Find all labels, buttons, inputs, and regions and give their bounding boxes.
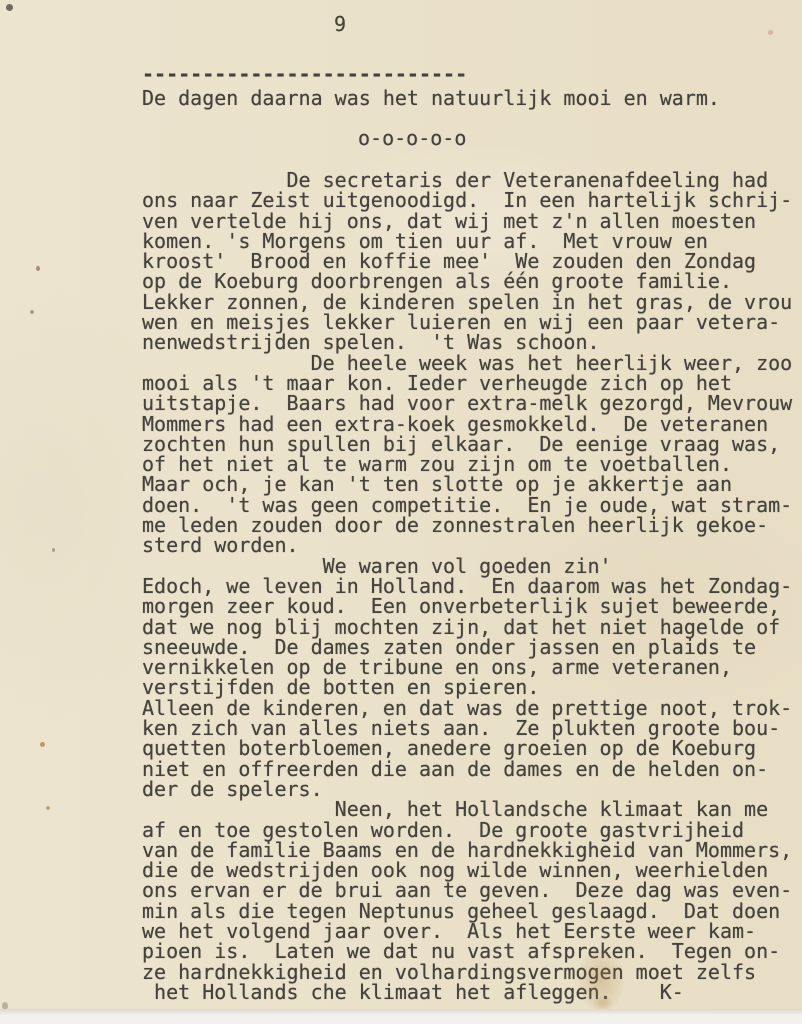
paper-speck [46,806,50,810]
page-number: 9 [334,14,346,34]
scanner-background-edge [0,1009,802,1024]
section-separator: o-o-o-o-o [358,128,466,148]
paper-speck [30,310,34,314]
body-text: De secretaris der Veteranenafdeeling had… [142,170,792,1002]
intro-sentence: De dagen daarna was het natuurlijk mooi … [142,88,720,108]
paper-speck [2,1002,8,1009]
typewritten-page: 9 --------------------------- De dagen d… [0,0,802,1009]
paper-speck [52,548,55,552]
dashed-divider: --------------------------- [142,64,467,84]
document-scan: 9 --------------------------- De dagen d… [0,0,802,1024]
paper-speck [36,266,40,271]
paper-speck [6,4,13,11]
paper-speck [40,742,45,747]
paper-speck [768,30,773,35]
